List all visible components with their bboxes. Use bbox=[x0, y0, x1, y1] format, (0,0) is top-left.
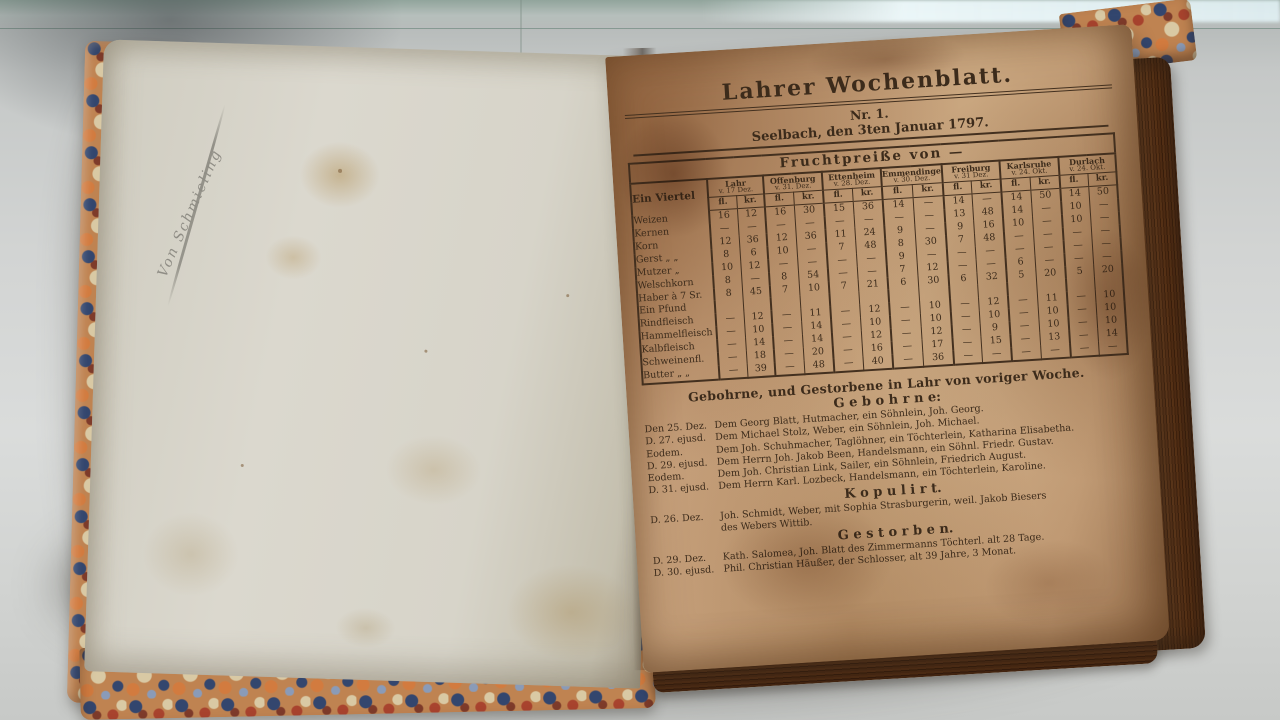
price-cell: — bbox=[775, 360, 805, 376]
price-cell: — bbox=[1040, 344, 1070, 360]
price-cell: — bbox=[719, 364, 748, 380]
stain bbox=[505, 562, 638, 662]
foxing-dot bbox=[424, 350, 427, 353]
stain bbox=[335, 607, 396, 649]
price-cell: — bbox=[953, 349, 983, 365]
price-cell: — bbox=[833, 357, 863, 373]
price-cell: 48 bbox=[804, 358, 834, 374]
printed-content: Lahrer Wochenblatt. Nr. 1. Seelbach, den… bbox=[623, 55, 1141, 580]
stain bbox=[385, 433, 483, 506]
photo-scene: Von Schmieling Lahrer Wochenblatt. Nr. 1… bbox=[0, 0, 1280, 720]
price-cell: — bbox=[1070, 342, 1099, 358]
handwritten-inscription: Von Schmieling bbox=[155, 147, 225, 280]
stain bbox=[142, 511, 241, 598]
foxing-dot bbox=[338, 169, 342, 173]
right-page: Lahrer Wochenblatt. Nr. 1. Seelbach, den… bbox=[605, 24, 1170, 673]
price-cell: 40 bbox=[863, 355, 893, 371]
stain bbox=[265, 235, 322, 281]
price-cell: — bbox=[1098, 340, 1128, 356]
price-cell: 36 bbox=[923, 351, 954, 367]
vital-records: Gebohrne, und Gestorbene in Lahr von vor… bbox=[642, 362, 1141, 581]
price-table: Fruchtpreiße von — Ein Viertel Lahr v. 1… bbox=[628, 132, 1129, 385]
price-cell: — bbox=[982, 347, 1012, 363]
foxing-dot bbox=[566, 294, 569, 297]
left-page: Von Schmieling bbox=[84, 39, 660, 688]
measure-label: Ein Viertel bbox=[630, 178, 709, 215]
price-cell: 39 bbox=[747, 362, 776, 378]
stain bbox=[299, 141, 381, 209]
price-cell: — bbox=[1011, 345, 1041, 361]
price-cell: — bbox=[892, 353, 923, 369]
foxing-dot bbox=[241, 464, 244, 467]
glass-reflection bbox=[700, 0, 1280, 22]
